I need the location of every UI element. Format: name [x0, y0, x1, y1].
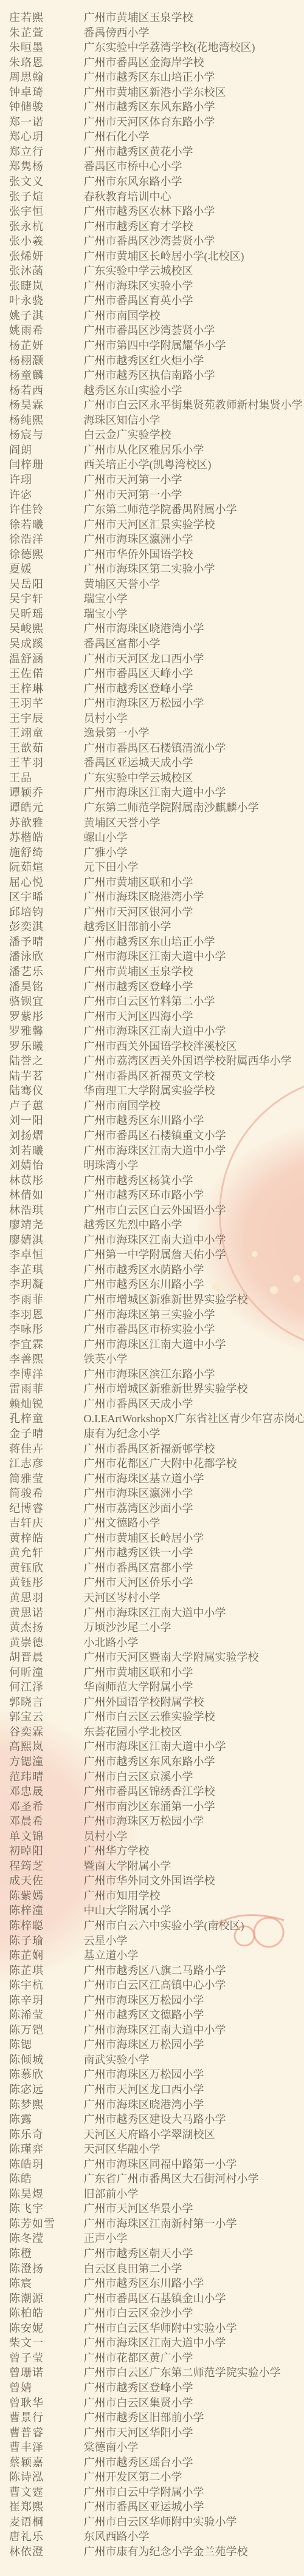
roster-row: 初晫阳 广州华方学校: [0, 1844, 304, 1859]
school-name: 广州市华侨外国语学校: [84, 547, 193, 562]
school-name: 广州市番禺区祈福英文学校: [84, 1069, 215, 1084]
roster-row: 谭颖乔 广州市海珠区江南大道中小学: [0, 785, 304, 800]
roster-row: 曾珊诺 广州市白云区广东第二师范学院实验小学: [0, 2365, 304, 2380]
student-name: 罗雅馨: [9, 1024, 81, 1039]
student-name: 陈诗泓: [9, 2470, 81, 2485]
school-name: 广州市增城区新雅新世界实验学校: [84, 1382, 248, 1397]
roster-row: 金子晴 康有为纪念小学: [0, 1426, 304, 1442]
roster-row: 陈梓潼 中山大学附属小学: [0, 1903, 304, 1918]
school-name: 广州市越秀区旧部前小学: [84, 2410, 204, 2425]
student-name: 李博洋: [9, 1367, 81, 1382]
school-name: 广州市东风东路小学: [84, 174, 182, 189]
student-name: 雷雨菲: [9, 1382, 81, 1397]
school-name: 天河区天府路小学翠湖校区: [84, 2127, 215, 2142]
student-name: 陈飞宇: [9, 2201, 81, 2217]
school-name: 广州市海珠区江南大道中小学: [84, 1024, 226, 1039]
school-name: 广州市海珠区万松园小学: [84, 2067, 204, 2082]
student-name: 闫梓珊: [9, 457, 81, 472]
school-name: 白云区良田第二小学: [84, 2261, 182, 2277]
student-name: 谭皓元: [9, 800, 81, 816]
roster-row: 陈梓聪 广州市白云六中实验小学(南校区): [0, 1918, 304, 1934]
student-name: 郑心玥: [9, 129, 81, 145]
roster-row: 阎朗 广州市从化区雅居乐小学: [0, 443, 304, 458]
school-name: 广州市番禺区天峰小学: [84, 666, 193, 681]
roster-row: 陈万铠 广州市海珠区江南大道中小学: [0, 2023, 304, 2038]
student-name: 刘婧怡: [9, 1158, 81, 1173]
roster-row: 麦语桐 广州市白云区华师附中实验小学: [0, 2515, 304, 2530]
roster-row: 姚雨希 广州市番禺区沙湾荟贤小学: [0, 323, 304, 338]
roster-row: 王品 广东实验中学云城校区: [0, 771, 304, 786]
student-name: 陈辛玥: [9, 1993, 81, 2008]
roster-row: 吴岳阳 黄埔区天誉小学: [0, 577, 304, 592]
school-name: 越秀区东山实验小学: [84, 383, 182, 398]
roster-row: 赖灿锐 广州市番禺区天成小学: [0, 1397, 304, 1412]
roster-row: 陈露 广州市越秀区建设大马路小学: [0, 2112, 304, 2127]
roster-row: 钟储骏 广州市越秀区东风东路小学: [0, 100, 304, 115]
student-name: 李雨菲: [9, 1292, 81, 1307]
roster-row: 简骏希 广州市海珠区瀛洲小学: [0, 1486, 304, 1501]
roster-row: 吴昕瑶 瑞宝小学: [0, 607, 304, 622]
student-name: 叶永骁: [9, 293, 81, 308]
roster-row: 朱芷萱 番禺傍西小学: [0, 26, 304, 41]
school-name: 广州石化小学: [84, 129, 150, 145]
school-name: 广州市海珠区江南大道中小学: [84, 1606, 226, 1621]
roster-row: 朱晅墨 广东实验中学荔湾学校(花地湾校区): [0, 40, 304, 55]
student-name: 胡晋晨: [9, 1650, 81, 1665]
roster-row: 王芊羽 番禺区亚运城天成小学: [0, 755, 304, 771]
roster-row: 雷雨菲 广州市增城区新雅新世界实验学校: [0, 1382, 304, 1397]
roster-row: 屈心悦 广州市黄埔区联和小学: [0, 875, 304, 890]
school-name: 广州市白云区竹料第二小学: [84, 994, 215, 1009]
student-name: 黄梓皓: [9, 1531, 81, 1546]
student-name: 徐若曦: [9, 517, 81, 533]
school-name: 广州市海珠区江南大道中小学: [84, 949, 226, 964]
school-name: 广州市康有为纪念小学金兰苑学校: [84, 2544, 248, 2560]
roster-row: 周思翰 广州市越秀区东山培正小学: [0, 70, 304, 85]
school-name: 广州市天河区汇景实验学校: [84, 517, 215, 533]
student-name: 成天佐: [9, 1873, 81, 1889]
student-name: 潘昊铭: [9, 980, 81, 995]
roster-row: 廖婧淇 广州市海珠区江南大道中小学: [0, 1233, 304, 1248]
school-name: 东风西路小学: [84, 2529, 150, 2544]
school-name: 广州市黄埔区新港小学东校区: [84, 85, 226, 100]
student-name: 简雅莹: [9, 1471, 81, 1487]
school-name: 广州市华外同文外国语学校: [84, 1873, 215, 1889]
school-name: 员村小学: [84, 711, 128, 726]
student-name: 王佐偌: [9, 666, 81, 681]
school-name: 广州市白云区集贤小学: [84, 2396, 193, 2411]
roster-row: 黄思羽 天河区岑村小学: [0, 1590, 304, 1606]
student-name: 林苡彤: [9, 1173, 81, 1188]
school-name: 广州市白云区金沙小学: [84, 2306, 193, 2321]
student-name: 陈紫嫣: [9, 1889, 81, 1904]
student-name: 蒋佳卉: [9, 1442, 81, 1457]
school-name: 广州市越秀区东山培正小学: [84, 70, 215, 85]
student-name: 廖婧淇: [9, 1233, 81, 1248]
student-name: 邓忠晟: [9, 1784, 81, 1799]
student-name: 吉轩庆: [9, 1516, 81, 1531]
student-name: 廖靖尧: [9, 1218, 81, 1233]
roster-row: 廖靖尧 越秀区先烈中路小学: [0, 1218, 304, 1233]
student-name: 张文义: [9, 174, 81, 189]
school-name: 广州市番禺区沙湾荟贤小学: [84, 234, 215, 249]
student-name: 陈倾城: [9, 2053, 81, 2068]
student-name: 钟储骏: [9, 100, 81, 115]
roster-row: 陈宸 广州市越秀区东川路小学: [0, 2276, 304, 2291]
student-name: 阮茹煊: [9, 860, 81, 875]
student-name: 陈宓远: [9, 2082, 81, 2097]
roster-row: 施舒绮 广雅小学: [0, 845, 304, 860]
school-name: 广州市黄埔区玉泉学校: [84, 964, 193, 980]
student-name: 郑一诺: [9, 115, 81, 130]
student-name: 陈锶: [9, 2037, 81, 2053]
school-name: 广州市越秀区文德路小学: [84, 2008, 204, 2023]
student-name: 蔡颖嘉: [9, 2455, 81, 2470]
roster-row: 陈慕欣 广州市海珠区万松园小学: [0, 2067, 304, 2082]
roster-row: 程筠芝 暨南大学附属小学: [0, 1859, 304, 1874]
roster-row: 何昕潼 广州市黄埔区联和小学: [0, 1665, 304, 1680]
school-name: 广州市番禺区亚运城小学: [84, 2499, 204, 2515]
student-name: 何昕潼: [9, 1665, 81, 1680]
roster-row: 郑立行 广州市越秀区黄花小学: [0, 145, 304, 160]
roster-row: 李博洋 广州市海珠区滨江东路小学: [0, 1367, 304, 1382]
school-name: 中山大学附属小学: [84, 1903, 171, 1918]
student-name: 杨昊霖: [9, 398, 81, 413]
student-name: 郑立行: [9, 145, 81, 160]
student-name: 林浩琪: [9, 1203, 81, 1218]
student-name: 温舒涵: [9, 652, 81, 667]
school-name: 广州市白云区白云外国语小学: [84, 1203, 226, 1218]
student-name: 陈昊煜: [9, 2187, 81, 2202]
roster-row: 黄思诺 广州市海珠区江南大道中小学: [0, 1606, 304, 1621]
roster-row: 许珝 广州市天河第一小学: [0, 472, 304, 488]
school-name: 广州市荔湾区西关外国语学校附属西华小学: [84, 1054, 292, 1069]
student-name: 陈梦熙: [9, 2097, 81, 2113]
student-name: 曾珊诺: [9, 2365, 81, 2380]
roster-row: 黄杰扬 万顷沙沙尾二小学: [0, 1620, 304, 1635]
roster-row: 曾耿华 广州市白云区集贤小学: [0, 2396, 304, 2411]
school-name: 越秀区先烈中路小学: [84, 1218, 182, 1233]
student-name: 曾子莹: [9, 2351, 81, 2366]
school-name: O.I.EArtWorkshopX广东省社区青少年宫赤岗心乐宫: [84, 1411, 304, 1426]
roster-row: 陈芷娴 基立道小学: [0, 1948, 304, 1963]
student-name: 姚雨希: [9, 323, 81, 338]
student-name: 阎朗: [9, 443, 81, 458]
roster-row: 吴峻熙 广州市海珠区晓港湾小学: [0, 621, 304, 636]
school-name: 广州市白云区广东第二师范学院实验小学: [84, 2365, 281, 2380]
school-name: 广州市越秀区育才学校: [84, 219, 193, 234]
student-name: 陈芷娴: [9, 1948, 81, 1963]
school-name: 广州市番禺区石楼镇清流小学: [84, 741, 226, 756]
school-name: 棠德南小学: [84, 2440, 139, 2455]
school-name: 广州市番禺区石基镇金山小学: [84, 2291, 226, 2306]
roster-row: 陈瑾弈 天河区华融小学: [0, 2142, 304, 2157]
student-name: 陈澄扬: [9, 2261, 81, 2277]
student-name: 刘若曦: [9, 1143, 81, 1159]
school-name: 广州市番禺区富都小学: [84, 1561, 193, 1576]
roster-row: 阮茹煊 元下田小学: [0, 860, 304, 875]
student-name: 周思翰: [9, 70, 81, 85]
school-name: 广州市海珠区基立道小学: [84, 1471, 204, 1487]
roster-row: 陈皓 广东省广州市番禺区大石街河村小学: [0, 2172, 304, 2187]
student-name: 潘艺乐: [9, 964, 81, 980]
school-name: 广州市番禺区金海岸学校: [84, 55, 204, 70]
school-name: 番禺区市桥中心小学: [84, 159, 182, 174]
roster-row: 邓忠晟 广州市番禺区锦绣香江学校: [0, 1784, 304, 1799]
school-name: 广州市花都区黄广小学: [84, 2351, 193, 2366]
school-name: 白云金广实验学校: [84, 428, 171, 443]
roster-row: 陆芋茗 广州市番禺区祈福英文学校: [0, 1069, 304, 1084]
student-name: 孔梓童: [9, 1411, 81, 1426]
school-name: 广州市黄埔区联和小学: [84, 875, 193, 890]
school-name: 广州市天河第一小学: [84, 472, 182, 488]
roster-row: 方锶潼 广州市越秀区东风东路小学: [0, 1754, 304, 1770]
student-name: 陈宸: [9, 2276, 81, 2291]
school-name: 广州市天河区华阳小学: [84, 2425, 193, 2441]
roster-row: 徐若曦 广州市天河区汇景实验学校: [0, 517, 304, 533]
student-name: 邓晨希: [9, 1814, 81, 1829]
roster-row: 张子煊 春秋教育培训中心: [0, 189, 304, 205]
roster-row: 罗雅馨 广州市海珠区江南大道中小学: [0, 1024, 304, 1039]
school-name: 广州市越秀区东风东路小学: [84, 1754, 215, 1770]
student-name: 方锶潼: [9, 1754, 81, 1770]
roster-row: 黄钰欣 广州市番禺区富都小学: [0, 1561, 304, 1576]
roster-row: 李咏彤 广州市番禺区市桥实验小学: [0, 1322, 304, 1337]
school-name: 广州市越秀区登峰小学: [84, 980, 193, 995]
roster-row: 何江泽 华南师范大学附属小学: [0, 1680, 304, 1695]
roster-row: 许宓 广州市天河第一小学: [0, 488, 304, 503]
school-name: 广州市荔湾区沙面小学: [84, 1501, 193, 1516]
student-name: 张子煊: [9, 189, 81, 205]
roster-row: 曹文霆 广州市白云中学附属小学: [0, 2485, 304, 2500]
roster-row: 曾婧 广州市越秀区登峰小学: [0, 2380, 304, 2396]
roster-row: 钟卓琦 广州市黄埔区新港小学东校区: [0, 85, 304, 100]
roster-row: 曹丰泽 棠德南小学: [0, 2440, 304, 2455]
student-name: 张睫岚: [9, 279, 81, 294]
school-name: 广州市海珠区江南大道中小学: [84, 1143, 226, 1159]
roster-row: 陈柏皓 广州市白云区金沙小学: [0, 2306, 304, 2321]
school-name: 广州市白云区华师附中实验小学: [84, 2515, 237, 2530]
school-name: 南武实验小学: [84, 2053, 150, 2068]
school-name: 广州市南沙区东涌第一小学: [84, 1799, 215, 1814]
roster-row: 杨纯熙 海珠区知信小学: [0, 413, 304, 428]
student-name: 邓圣希: [9, 1799, 81, 1814]
roster-row: 胡晋晨 广州市天河区暨南大学附属实验学校: [0, 1650, 304, 1665]
roster-row: 许佳铃 广东第二师范学院番禺附属小学: [0, 502, 304, 517]
roster-row: 江志彦 广州市花都区广大附中花都学校: [0, 1456, 304, 1471]
student-name: 杨若西: [9, 383, 81, 398]
school-name: 广州市白云区华师附中实验小学: [84, 2321, 237, 2336]
student-name: 刘一阳: [9, 1113, 81, 1128]
school-name: 广州市海珠区晓港湾小学: [84, 2097, 204, 2113]
student-name: 王梓琳: [9, 681, 81, 697]
roster-row: 邓圣希 广州市南沙区东涌第一小学: [0, 1799, 304, 1814]
student-name: 罗乐曦: [9, 1039, 81, 1054]
roster-row: 陈芳如雪 广州市海珠区江南新村第一小学: [0, 2217, 304, 2232]
roster-row: 苏歆雅 黄埔区天誉小学: [0, 816, 304, 831]
student-name: 黄钰彤: [9, 1575, 81, 1590]
roster-row: 王翊童 逸景第一小学: [0, 726, 304, 741]
student-name: 许佳铃: [9, 502, 81, 517]
roster-row: 郑心玥 广州石化小学: [0, 129, 304, 145]
student-name: 许珝: [9, 472, 81, 488]
school-name: 广东实验中学云城校区: [84, 771, 193, 786]
roster-row: 陈飞宇 广州市天河区华景小学: [0, 2201, 304, 2217]
school-name: 广州市越秀区东川路小学: [84, 1113, 204, 1128]
roster-row: 陆誉之 广州市荔湾区西关外国语学校附属西华小学: [0, 1054, 304, 1069]
school-name: 广州市越秀区东风东路小学: [84, 100, 215, 115]
student-name: 李善熙: [9, 1352, 81, 1367]
school-name: 黄埔区天誉小学: [84, 577, 161, 592]
student-name: 陈浠莹: [9, 2008, 81, 2023]
student-name: 区宇晞: [9, 890, 81, 905]
student-name: 陆骞仪: [9, 1083, 81, 1099]
student-name: 杨宸与: [9, 428, 81, 443]
roster-row: 王佐偌 广州市番禺区天峰小学: [0, 666, 304, 681]
roster-row: 谭皓元 广东第二师范学院附属南沙麒麟小学: [0, 800, 304, 816]
school-name: 番禺区富都小学: [84, 636, 161, 652]
roster-row: 徐德熙 广州市华侨外国语学校: [0, 547, 304, 562]
student-name: 黄允轩: [9, 1545, 81, 1561]
student-name: 潘泳欣: [9, 949, 81, 964]
school-name: 广州市知用学校: [84, 1889, 161, 1904]
school-name: 元下田小学: [84, 860, 139, 875]
student-name: 曾婧: [9, 2380, 81, 2396]
roster-row: 彭奕淇 越秀区旧部前小学: [0, 919, 304, 935]
roster-row: 郭宝云 广州市白云区云雅实验学校: [0, 1709, 304, 1725]
school-name: 正声小学: [84, 2231, 128, 2246]
student-name: 陈皓玥: [9, 2157, 81, 2172]
school-name: 广州市天河区龙口西小学: [84, 2082, 204, 2097]
student-name: 曹普睿: [9, 2425, 81, 2441]
roster-row: 蔡颖嘉 广州市越秀区瑶台小学: [0, 2455, 304, 2470]
school-name: 螺山小学: [84, 830, 128, 845]
school-name: 西关培正小学(凯粤湾校区): [84, 457, 212, 472]
school-name: 广州市海珠区瀛洲小学: [84, 1486, 193, 1501]
school-name: 黄埔区天誉小学: [84, 816, 161, 831]
school-name: 广州市越秀区八旗二马路小学: [84, 1963, 226, 1978]
student-name: 陈万铠: [9, 2023, 81, 2038]
school-name: 广州市花都区广大附中花都学校: [84, 1456, 237, 1471]
school-name: 广州市白云区京溪小学: [84, 1770, 193, 1785]
roster-row: 刘若曦 广州市海珠区江南大道中小学: [0, 1143, 304, 1159]
student-name: 赖灿锐: [9, 1397, 81, 1412]
school-name: 旧部前小学: [84, 2187, 139, 2202]
student-name: 何江泽: [9, 1680, 81, 1695]
student-name: 吴宇轩: [9, 591, 81, 607]
school-name: 广州第一中学附属詹天佑小学: [84, 1247, 226, 1262]
roster-row: 杨芷妍 广州市第四中学附属耀华小学: [0, 338, 304, 353]
school-name: 铁英小学: [84, 1352, 128, 1367]
roster-row: 郭晓言 广州外国语学校附属学校: [0, 1695, 304, 1710]
roster-row: 陈锶 广州市海珠区万松园小学: [0, 2037, 304, 2053]
roster-row: 杨昊霖 广州市白云区永平街集贤苑教师新村集贤小学: [0, 398, 304, 413]
roster-row: 黄梓皓 广州市黄埔区长岭居小学: [0, 1531, 304, 1546]
roster-row: 黄崇德 小北路小学: [0, 1635, 304, 1651]
roster-row: 陈浠莹 广州市越秀区文德路小学: [0, 2008, 304, 2023]
student-name: 屈心悦: [9, 875, 81, 890]
student-name: 陈露: [9, 2112, 81, 2127]
roster-row: 姚子淇 广州市南国学校: [0, 308, 304, 324]
school-name: 越秀区旧部前小学: [84, 919, 171, 935]
student-name: 陈梓聪: [9, 1918, 81, 1934]
roster-row: 林苡彤 广州市越秀区杨箕小学: [0, 1173, 304, 1188]
school-name: 海珠区知信小学: [84, 413, 161, 428]
student-name: 李玥凝: [9, 1277, 81, 1292]
student-name: 邱培钧: [9, 905, 81, 920]
student-name: 陈乐奇: [9, 2127, 81, 2142]
roster-row: 成天佐 广州市华外同文外国语学校: [0, 1873, 304, 1889]
student-name: 庄若熙: [9, 10, 81, 26]
roster-row: 李芷琪 广州市越秀区水荫路小学: [0, 1262, 304, 1278]
roster-row: 温舒涵 广州市天河区龙口西小学: [0, 652, 304, 667]
school-name: 东荟花园小学北校区: [84, 1725, 182, 1740]
roster-row: 陆骞仪 华南理工大学附属实验学校: [0, 1083, 304, 1099]
student-name: 苏歆雅: [9, 816, 81, 831]
roster-row: 李卓恒 广州第一中学附属詹天佑小学: [0, 1247, 304, 1262]
student-name: 张烯妍: [9, 249, 81, 264]
roster-row: 范玮晴 广州市白云区京溪小学: [0, 1770, 304, 1785]
roster-row: 李善熙 铁英小学: [0, 1352, 304, 1367]
school-name: 广州市番禺区天成小学: [84, 1397, 193, 1412]
student-name: 陆芋茗: [9, 1069, 81, 1084]
roster-row: 陈紫嫣 广州市知用学校: [0, 1889, 304, 1904]
school-name: 天河区华融小学: [84, 2142, 161, 2157]
student-name: 张小羲: [9, 234, 81, 249]
student-name: 吴岳阳: [9, 577, 81, 592]
school-name: 广州市天河区龙口西小学: [84, 652, 204, 667]
roster-row: 闫梓珊 西关培正小学(凯粤湾校区): [0, 457, 304, 472]
roster-row: 陈潮源 广州市番禺区石基镇金山小学: [0, 2291, 304, 2306]
roster-row: 陈橙 广州市越秀区朝天小学: [0, 2246, 304, 2261]
student-name: 夏媛: [9, 562, 81, 577]
student-name: 许宓: [9, 488, 81, 503]
roster-row: 杨栩灏 广州市越秀区红火炬小学: [0, 353, 304, 369]
school-name: 广州市海珠区江南大道中小学: [84, 2336, 226, 2351]
roster-row: 张文义 广州市东风东路小学: [0, 174, 304, 189]
school-name: 广州市海珠区瀛洲小学: [84, 532, 193, 547]
student-name: 朱珞恩: [9, 55, 81, 70]
school-name: 广州市海珠区万松园小学: [84, 696, 204, 711]
school-name: 广州市越秀区建设大马路小学: [84, 2112, 226, 2127]
student-name: 曹丰泽: [9, 2440, 81, 2455]
student-name: 麦语桐: [9, 2515, 81, 2530]
student-name: 陈安妮: [9, 2321, 81, 2336]
school-name: 广州市海珠区江南大道中小学: [84, 785, 226, 800]
roster-row: 张烯妍 广州市黄埔区长岭居小学(北校区): [0, 249, 304, 264]
roster-row: 黄允轩 广州市越秀区铁一小学: [0, 1545, 304, 1561]
roster-row: 张宇恒 广州市越秀区农林下路小学: [0, 204, 304, 219]
school-name: 广州市海珠区第二实验小学: [84, 562, 215, 577]
roster-row: 陈冬滢 正声小学: [0, 2231, 304, 2246]
school-name: 广州市番禺区石楼镇重文小学: [84, 1128, 226, 1143]
student-name: 陈皓: [9, 2172, 81, 2187]
school-name: 广州开发区第二小学: [84, 2470, 182, 2485]
student-name: 程筠芝: [9, 1859, 81, 1874]
school-name: 广州市越秀区红火炬小学: [84, 353, 204, 369]
school-name: 广州市海珠区江南大道中小学: [84, 1739, 226, 1754]
school-name: 广州市海珠区晓港湾小学: [84, 890, 204, 905]
school-name: 广州市海珠区滨江东路小学: [84, 1367, 215, 1382]
roster-row: 张睫岚 广州市海珠区实验小学: [0, 279, 304, 294]
roster-row: 潘予晴 广州市越秀区东山培正小学: [0, 935, 304, 950]
roster-row: 谷奕霖 东荟花园小学北校区: [0, 1725, 304, 1740]
school-name: 广州市海珠区万松园小学: [84, 1993, 204, 2008]
school-name: 广州市越秀区铁一小学: [84, 1545, 193, 1561]
student-name: 张沐菡: [9, 264, 81, 279]
student-name: 彭奕淇: [9, 919, 81, 935]
roster-row: 李宜霖 广州市海珠区江南大道中小学: [0, 1337, 304, 1352]
